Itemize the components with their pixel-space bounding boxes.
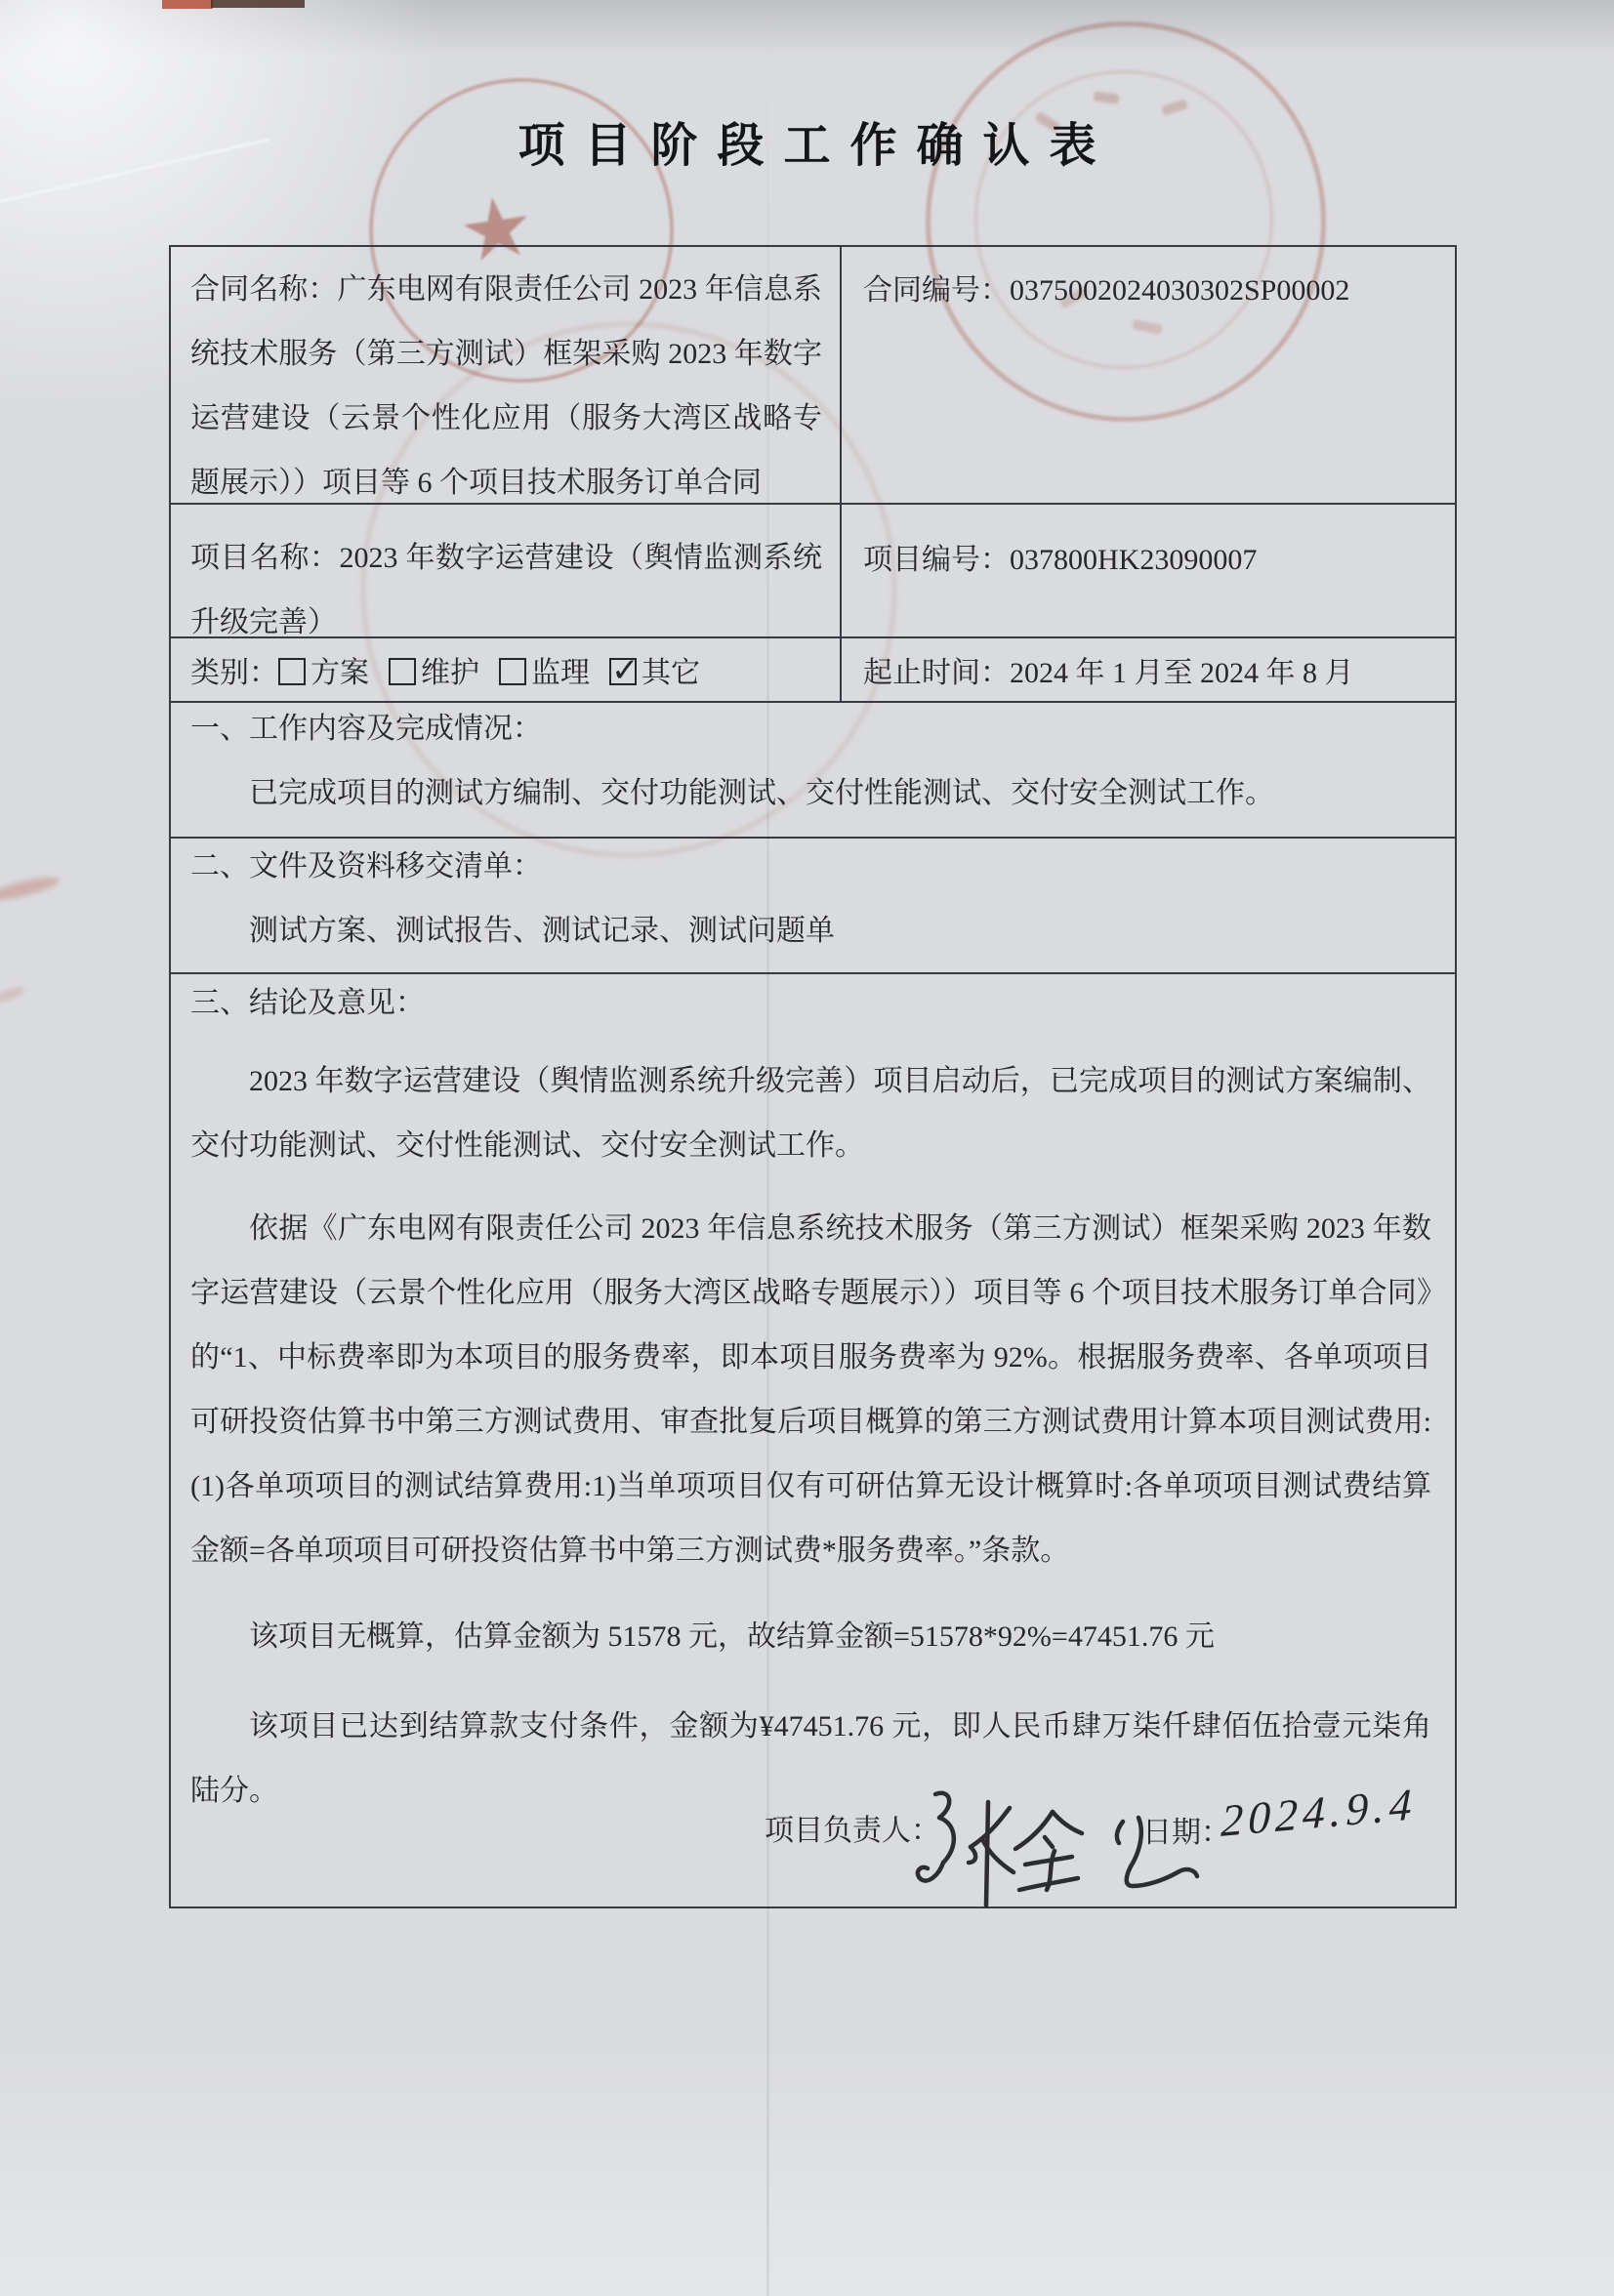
category-option-label: 监理 bbox=[531, 657, 590, 689]
section3: 三、结论及意见： 2023 年数字运营建设（舆情监测系统升级完善）项目启动后，已… bbox=[171, 974, 1455, 1906]
section3-heading: 三、结论及意见： bbox=[190, 981, 1431, 1026]
table-row-contract: 合同名称：广东电网有限责任公司 2023 年信息系统技术服务（第三方测试）框架采… bbox=[171, 247, 1455, 503]
category-option-3: 其它 bbox=[609, 648, 700, 691]
category-label: 类别： bbox=[190, 648, 278, 691]
conclusion-paragraph-1: 2023 年数字运营建设（舆情监测系统升级完善）项目启动后，已完成项目的测试方案… bbox=[190, 1049, 1431, 1178]
date-label: 日期： bbox=[1142, 1814, 1230, 1853]
category-option-label: 维护 bbox=[421, 657, 479, 689]
section2-heading: 二、文件及资料移交清单： bbox=[190, 844, 1431, 889]
project-name-label: 项目名称： bbox=[190, 542, 340, 574]
table-row-project: 项目名称：2023 年数字运营建设（舆情监测系统升级完善） 项目编号：03780… bbox=[171, 503, 1455, 636]
category-option-label: 其它 bbox=[641, 657, 700, 689]
section2-content: 测试方案、测试报告、测试记录、测试问题单 bbox=[190, 909, 1431, 954]
contract-name-cell: 合同名称：广东电网有限责任公司 2023 年信息系统技术服务（第三方测试）框架采… bbox=[171, 247, 842, 503]
project-no-cell: 项目编号：037800HK23090007 bbox=[842, 505, 1455, 636]
top-edge-dark-fragment bbox=[211, 0, 305, 8]
contract-no-label: 合同编号： bbox=[863, 274, 1010, 307]
section1: 一、工作内容及完成情况： 已完成项目的测试方编制、交付功能测试、交付性能测试、交… bbox=[171, 703, 1455, 837]
table-row-section1: 一、工作内容及完成情况： 已完成项目的测试方编制、交付功能测试、交付性能测试、交… bbox=[171, 701, 1455, 837]
category-option-label: 方案 bbox=[310, 657, 369, 689]
project-name-cell: 项目名称：2023 年数字运营建设（舆情监测系统升级完善） bbox=[171, 505, 842, 636]
top-edge-red-stamp-fragment bbox=[162, 0, 213, 9]
contract-no-cell: 合同编号：0375002024030302SP00002 bbox=[842, 247, 1455, 503]
duration-label: 起止时间： bbox=[863, 648, 1010, 691]
contract-name-value: 广东电网有限责任公司 2023 年信息系统技术服务（第三方测试）框架采购 202… bbox=[190, 273, 822, 499]
conclusion-paragraph-3: 该项目无概算，估算金额为 51578 元，故结算金额=51578*92%=474… bbox=[190, 1605, 1431, 1669]
duration-cell: 起止时间：2024 年 1 月至 2024 年 8 月 bbox=[842, 638, 1455, 701]
section2: 二、文件及资料移交清单： 测试方案、测试报告、测试记录、测试问题单 bbox=[171, 839, 1455, 972]
scanned-document-page: ★ 项目阶段工作确认表 合同名称：广东电网有限责任公司 2023 年信息系统技术… bbox=[0, 0, 1614, 2296]
contract-no-value: 0375002024030302SP00002 bbox=[1010, 274, 1349, 307]
contract-name-label: 合同名称： bbox=[190, 273, 338, 306]
seal-text-smudge bbox=[1093, 91, 1119, 104]
red-ink-smudge bbox=[0, 984, 26, 1005]
category-option-0: 方案 bbox=[278, 648, 369, 691]
table-row-section2: 二、文件及资料移交清单： 测试方案、测试报告、测试记录、测试问题单 bbox=[171, 837, 1455, 972]
duration-value: 2024 年 1 月至 2024 年 8 月 bbox=[1010, 648, 1354, 691]
table-row-section3: 三、结论及意见： 2023 年数字运营建设（舆情监测系统升级完善）项目启动后，已… bbox=[171, 972, 1455, 1906]
category-cell: 类别： 方案 维护 监理 其它 bbox=[171, 638, 842, 701]
section1-heading: 一、工作内容及完成情况： bbox=[190, 707, 1431, 752]
project-no-value: 037800HK23090007 bbox=[1010, 544, 1257, 576]
table-row-category: 类别： 方案 维护 监理 其它 起止时间：2024 年 1 月至 2024 年 … bbox=[171, 636, 1455, 701]
form-title: 项目阶段工作确认表 bbox=[0, 107, 1614, 175]
form-table: 合同名称：广东电网有限责任公司 2023 年信息系统技术服务（第三方测试）框架采… bbox=[169, 245, 1457, 1908]
category-option-1: 维护 bbox=[389, 648, 479, 691]
category-option-2: 监理 bbox=[499, 648, 590, 691]
conclusion-paragraph-2: 依据《广东电网有限责任公司 2023 年信息系统技术服务（第三方测试）框架采购 … bbox=[190, 1197, 1431, 1583]
project-no-label: 项目编号： bbox=[863, 544, 1010, 576]
signature-handwriting bbox=[898, 1769, 1230, 2013]
section1-content: 已完成项目的测试方编制、交付功能测试、交付性能测试、交付安全测试工作。 bbox=[190, 771, 1431, 816]
category-box-1 bbox=[389, 658, 416, 685]
category-box-3 bbox=[609, 658, 637, 685]
category-box-0 bbox=[278, 658, 306, 685]
category-box-2 bbox=[499, 658, 526, 685]
red-ink-smudge bbox=[0, 873, 62, 905]
